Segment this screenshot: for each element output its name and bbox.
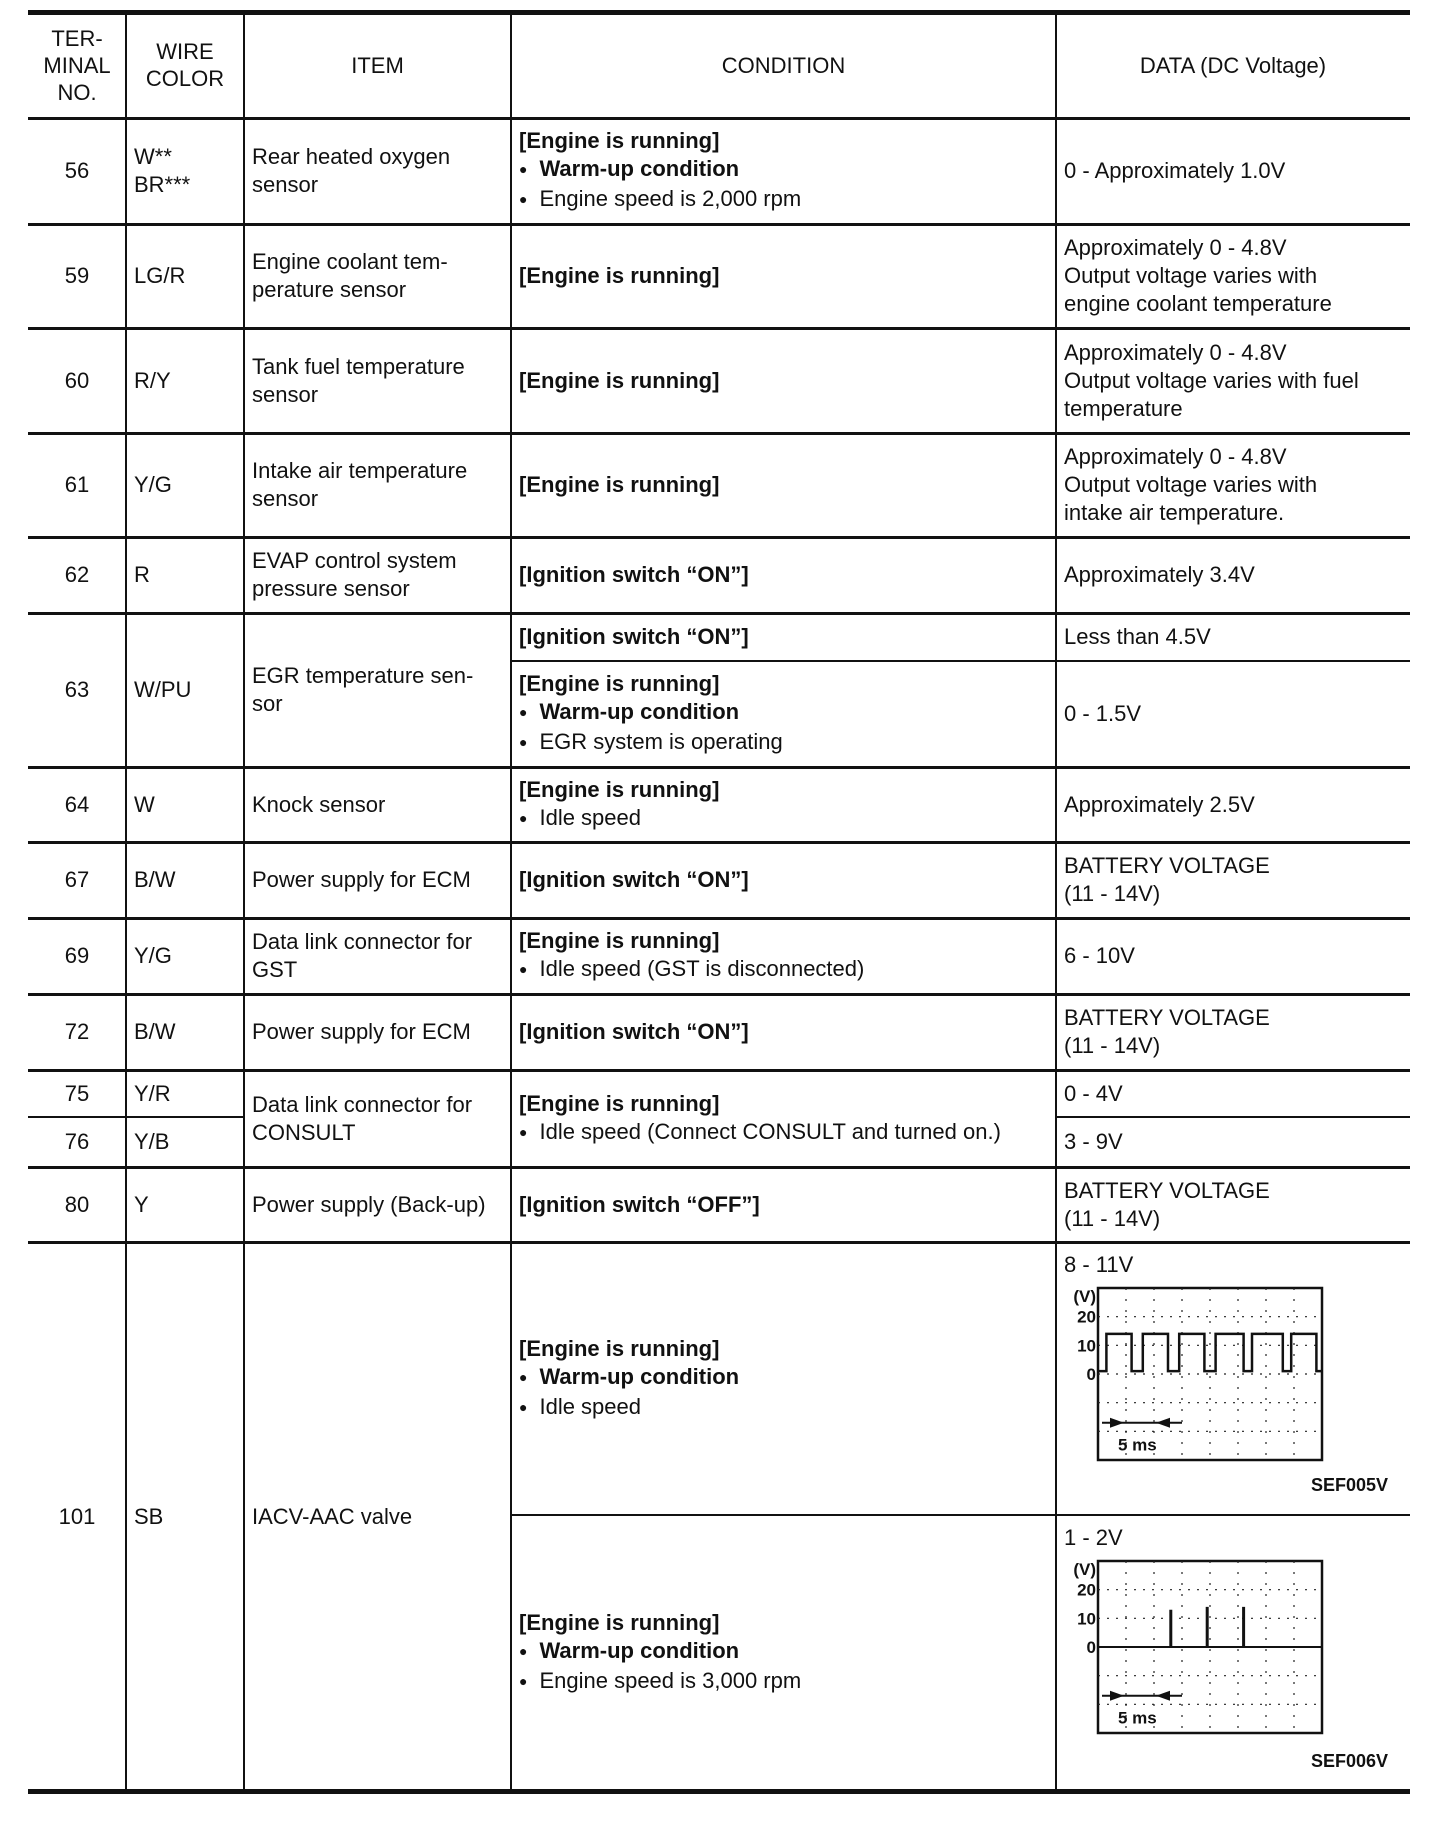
terminal-number: 75 [28,1070,126,1117]
wire-color-line: R [134,561,150,589]
condition-heading: [Engine is running] [519,776,719,804]
data-value-line: Approximately 2.5V [1064,791,1255,819]
condition-bullet-item: Warm-up condition [519,155,739,185]
header-terminal-no-line: MINAL [43,52,110,79]
data-value-line: Approximately 0 - 4.8V [1064,234,1287,262]
wire-color-line: BR*** [134,171,190,199]
terminal-number-line: 76 [65,1128,89,1156]
terminal-number: 61 [28,433,126,537]
condition-cell: [Engine is running]Warm-up conditionEngi… [511,1515,1056,1791]
header-wire-color: WIRECOLOR [126,12,244,118]
svg-text:(V): (V) [1073,1287,1096,1306]
rule-horizontal [28,1789,1410,1794]
rule-vertical [243,12,245,1791]
condition-heading: [Ignition switch “ON”] [519,866,749,894]
terminal-number: 62 [28,537,126,613]
wire-color-line: B/W [134,1018,176,1046]
condition-heading: [Engine is running] [519,927,719,955]
data-value: 0 - 4V [1056,1070,1410,1117]
terminal-number-line: 56 [65,157,89,185]
data-value-line: BATTERY VOLTAGE [1064,852,1270,880]
data-value: Approximately 0 - 4.8VOutput voltage var… [1056,433,1410,537]
condition-bullet-item: Warm-up condition [519,1637,739,1667]
terminal-number: 69 [28,918,126,994]
condition-cell: [Engine is running] [511,224,1056,328]
condition-cell: [Engine is running]Warm-up conditionEGR … [511,661,1056,767]
data-value-line: BATTERY VOLTAGE [1064,1177,1270,1205]
condition-cell: [Ignition switch “ON”] [511,537,1056,613]
svg-text:10: 10 [1077,1609,1096,1628]
data-value: BATTERY VOLTAGE(11 - 14V) [1056,842,1410,918]
terminal-number-line: 59 [65,262,89,290]
condition-cell: [Engine is running]Idle speed [511,767,1056,842]
data-value-line: intake air temperature. [1064,499,1284,527]
svg-text:10: 10 [1077,1336,1096,1355]
item-name-line: IACV-AAC valve [252,1503,412,1531]
terminal-number-line: 63 [65,676,89,704]
terminal-number: 59 [28,224,126,328]
condition-bullet-item: EGR system is operating [519,728,783,758]
rule-vertical [1055,12,1057,1791]
terminal-number: 76 [28,1117,126,1167]
wire-color: Y/G [126,433,244,537]
terminal-number: 56 [28,118,126,224]
item-name: Power supply for ECM [244,994,511,1070]
condition-heading: [Engine is running] [519,262,719,290]
condition-heading: [Engine is running] [519,127,719,155]
data-value-line: 0 - Approximately 1.0V [1064,157,1285,185]
item-name: IACV-AAC valve [244,1242,511,1791]
condition-heading: [Ignition switch “ON”] [519,561,749,589]
data-value: 1 - 2V [1064,1525,1123,1551]
header-condition: CONDITION [511,12,1056,118]
terminal-number-line: 67 [65,866,89,894]
header-terminal-no: TER-MINALNO. [28,12,126,118]
condition-cell: [Ignition switch “ON”] [511,613,1056,661]
wire-color-line: Y/B [134,1128,169,1156]
condition-bullet-item: Idle speed (GST is disconnected) [519,955,864,985]
header-wire-color-line: COLOR [146,65,224,92]
wire-color-line: W [134,791,155,819]
wire-color-line: R/Y [134,367,171,395]
data-value-line: 6 - 10V [1064,942,1135,970]
header-data-line: DATA (DC Voltage) [1140,52,1326,79]
wire-color: W**BR*** [126,118,244,224]
item-name-line: sensor [252,171,318,199]
item-name-line: Power supply (Back-up) [252,1191,486,1219]
condition-heading: [Engine is running] [519,471,719,499]
terminal-number: 63 [28,613,126,767]
condition-cell: [Ignition switch “OFF”] [511,1167,1056,1242]
item-name-line: CONSULT [252,1119,356,1147]
item-name-line: GST [252,956,297,984]
oscilloscope-waveform: (V)201005 ms [1056,1282,1326,1464]
terminal-number-line: 72 [65,1018,89,1046]
item-name-line: Knock sensor [252,791,385,819]
data-value-line: 0 - 1.5V [1064,700,1141,728]
condition-cell: [Engine is running]Warm-up conditionEngi… [511,118,1056,224]
data-value: BATTERY VOLTAGE(11 - 14V) [1056,994,1410,1070]
figure-id: SEF005V [1311,1475,1388,1496]
item-name-line: sensor [252,381,318,409]
item-name-line: pressure sensor [252,575,410,603]
condition-heading: [Engine is running] [519,1335,719,1363]
header-item: ITEM [244,12,511,118]
condition-cell: [Engine is running] [511,433,1056,537]
condition-heading: [Engine is running] [519,670,719,698]
item-name-line: Rear heated oxygen [252,143,450,171]
condition-heading: [Engine is running] [519,367,719,395]
terminal-number-line: 64 [65,791,89,819]
condition-cell: [Engine is running] [511,328,1056,433]
item-name-line: Intake air temperature [252,457,467,485]
condition-bullet-item: Engine speed is 2,000 rpm [519,185,801,215]
item-name: Intake air temperaturesensor [244,433,511,537]
condition-bullet-item: Idle speed [519,1393,641,1423]
condition-cell: [Ignition switch “ON”] [511,994,1056,1070]
condition-heading: [Ignition switch “ON”] [519,1018,749,1046]
wire-color-line: W** [134,143,172,171]
terminal-number-line: 75 [65,1080,89,1108]
figure-id: SEF006V [1311,1751,1388,1772]
wire-color: Y/R [126,1070,244,1117]
item-name: Power supply (Back-up) [244,1167,511,1242]
condition-heading: [Engine is running] [519,1090,719,1118]
condition-bullet-item: Idle speed (Connect CONSULT and turned o… [519,1118,1001,1148]
terminal-number: 80 [28,1167,126,1242]
header-data: DATA (DC Voltage) [1056,12,1410,118]
svg-text:0: 0 [1087,1638,1096,1657]
wire-color-line: LG/R [134,262,185,290]
data-value-line: engine coolant temperature [1064,290,1332,318]
data-value: Approximately 2.5V [1056,767,1410,842]
svg-text:20: 20 [1077,1581,1096,1600]
svg-text:0: 0 [1087,1365,1096,1384]
wire-color: W [126,767,244,842]
terminal-number-line: 62 [65,561,89,589]
data-value-line: Less than 4.5V [1064,623,1211,651]
condition-heading: [Ignition switch “ON”] [519,623,749,651]
item-name-line: Power supply for ECM [252,1018,471,1046]
wire-color: Y/B [126,1117,244,1167]
item-name: Tank fuel temperaturesensor [244,328,511,433]
data-value: Approximately 0 - 4.8VOutput voltage var… [1056,328,1410,433]
data-value-line: Approximately 3.4V [1064,561,1255,589]
item-name-line: Power supply for ECM [252,866,471,894]
condition-cell: [Ignition switch “ON”] [511,842,1056,918]
terminal-number-line: 80 [65,1191,89,1219]
rule-vertical [510,12,512,1791]
rule-horizontal [28,10,1410,15]
terminal-number-line: 101 [59,1503,96,1531]
wire-color-line: Y [134,1191,149,1219]
data-value-line: 0 - 4V [1064,1080,1123,1108]
wire-color: R/Y [126,328,244,433]
item-name-line: Tank fuel temperature [252,353,465,381]
data-value-line: temperature [1064,395,1183,423]
rule-horizontal [28,117,1410,120]
header-wire-color-line: WIRE [156,38,213,65]
wire-color-line: Y/R [134,1080,171,1108]
data-value: Approximately 0 - 4.8VOutput voltage var… [1056,224,1410,328]
data-value-line: Approximately 0 - 4.8V [1064,443,1287,471]
condition-heading: [Ignition switch “OFF”] [519,1191,760,1219]
header-item-line: ITEM [351,52,404,79]
data-value: 0 - 1.5V [1056,661,1410,767]
data-value-line: Output voltage varies with [1064,262,1317,290]
item-name-line: sensor [252,485,318,513]
wire-color-line: Y/G [134,942,172,970]
item-name-line: perature sensor [252,276,406,304]
rule-vertical [125,12,127,1791]
rule-horizontal [28,1116,244,1118]
item-name-line: Data link connector for [252,1091,472,1119]
item-name: Data link connector forCONSULT [244,1070,511,1167]
item-name-line: Data link connector for [252,928,472,956]
condition-heading: [Engine is running] [519,1609,719,1637]
wire-color-line: B/W [134,866,176,894]
item-name: Data link connector forGST [244,918,511,994]
rule-horizontal [511,1514,1410,1516]
data-value: Less than 4.5V [1056,613,1410,661]
data-value-line: (11 - 14V) [1064,880,1160,908]
wire-color: B/W [126,842,244,918]
wire-color: R [126,537,244,613]
wire-color: LG/R [126,224,244,328]
data-value-line: Output voltage varies with [1064,471,1317,499]
svg-text:5 ms: 5 ms [1118,1709,1157,1728]
item-name-line: sor [252,690,283,718]
data-value-line: (11 - 14V) [1064,1032,1160,1060]
header-terminal-no-line: TER- [51,25,102,52]
item-name: Knock sensor [244,767,511,842]
data-value: BATTERY VOLTAGE(11 - 14V) [1056,1167,1410,1242]
wire-color-line: Y/G [134,471,172,499]
svg-text:5 ms: 5 ms [1118,1436,1157,1455]
wire-color: SB [126,1242,244,1791]
data-value: Approximately 3.4V [1056,537,1410,613]
data-value-line: BATTERY VOLTAGE [1064,1004,1270,1032]
condition-bullet-item: Idle speed [519,804,641,834]
condition-bullet-item: Warm-up condition [519,1363,739,1393]
terminal-number: 101 [28,1242,126,1791]
item-name: Power supply for ECM [244,842,511,918]
svg-text:(V): (V) [1073,1560,1096,1579]
header-condition-line: CONDITION [722,52,845,79]
terminal-number-line: 69 [65,942,89,970]
terminal-number: 67 [28,842,126,918]
rule-horizontal [511,660,1410,662]
condition-cell: [Engine is running]Warm-up conditionIdle… [511,1242,1056,1515]
wire-color-line: W/PU [134,676,191,704]
condition-cell: [Engine is running]Idle speed (Connect C… [511,1070,1056,1167]
data-value-line: Output voltage varies with fuel [1064,367,1359,395]
condition-cell: [Engine is running]Idle speed (GST is di… [511,918,1056,994]
oscilloscope-waveform: (V)201005 ms [1056,1555,1326,1737]
wire-color: Y/G [126,918,244,994]
terminal-number: 60 [28,328,126,433]
data-value: 8 - 11V [1064,1252,1133,1278]
item-name: EVAP control systempressure sensor [244,537,511,613]
terminal-number: 64 [28,767,126,842]
header-terminal-no-line: NO. [57,79,96,106]
condition-bullet-item: Engine speed is 3,000 rpm [519,1667,801,1697]
condition-bullet-item: Warm-up condition [519,698,739,728]
item-name: EGR temperature sen-sor [244,613,511,767]
item-name-line: EGR temperature sen- [252,662,473,690]
terminal-number-line: 60 [65,367,89,395]
data-value: 6 - 10V [1056,918,1410,994]
data-value: 0 - Approximately 1.0V [1056,118,1410,224]
item-name: Rear heated oxygensensor [244,118,511,224]
terminal-number-line: 61 [65,471,89,499]
data-value: 3 - 9V [1056,1117,1410,1167]
data-value-line: 3 - 9V [1064,1128,1123,1156]
wire-color: Y [126,1167,244,1242]
item-name-line: Engine coolant tem- [252,248,448,276]
wire-color: B/W [126,994,244,1070]
terminal-number: 72 [28,994,126,1070]
svg-text:20: 20 [1077,1308,1096,1327]
item-name-line: EVAP control system [252,547,457,575]
data-value-line: (11 - 14V) [1064,1205,1160,1233]
data-value-line: Approximately 0 - 4.8V [1064,339,1287,367]
wire-color-line: SB [134,1503,163,1531]
item-name: Engine coolant tem-perature sensor [244,224,511,328]
rule-horizontal [1056,1116,1410,1118]
wire-color: W/PU [126,613,244,767]
